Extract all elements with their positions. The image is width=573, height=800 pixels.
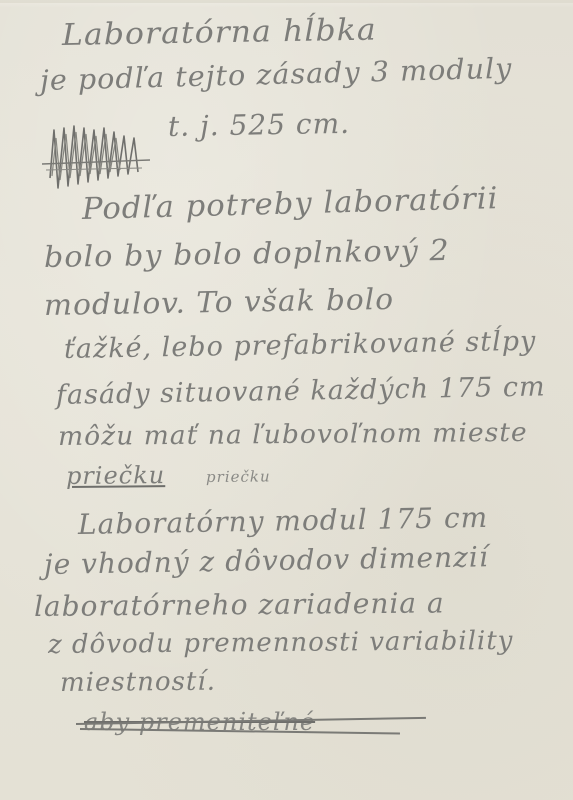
handwritten-line-underlined: priečku xyxy=(66,461,165,490)
crossed-out-scribble xyxy=(42,118,152,198)
paper-top-edge xyxy=(0,0,573,3)
handwritten-line: z dôvodu premennosti variability xyxy=(48,626,514,660)
handwritten-line: modulov. To však bolo xyxy=(44,282,395,322)
marginal-correction: priečku xyxy=(206,467,271,486)
handwritten-line: bolo by bolo doplnkový 2 xyxy=(44,233,450,274)
handwritten-line: t. j. 525 cm. xyxy=(168,107,351,143)
handwritten-line: miestností. xyxy=(60,667,216,698)
handwritten-line: laboratórneho zariadenia a xyxy=(34,586,445,623)
handwritten-line: Laboratórna hĺbka xyxy=(62,13,377,53)
handwritten-line: môžu mať na ľubovoľnom mieste xyxy=(58,418,528,452)
